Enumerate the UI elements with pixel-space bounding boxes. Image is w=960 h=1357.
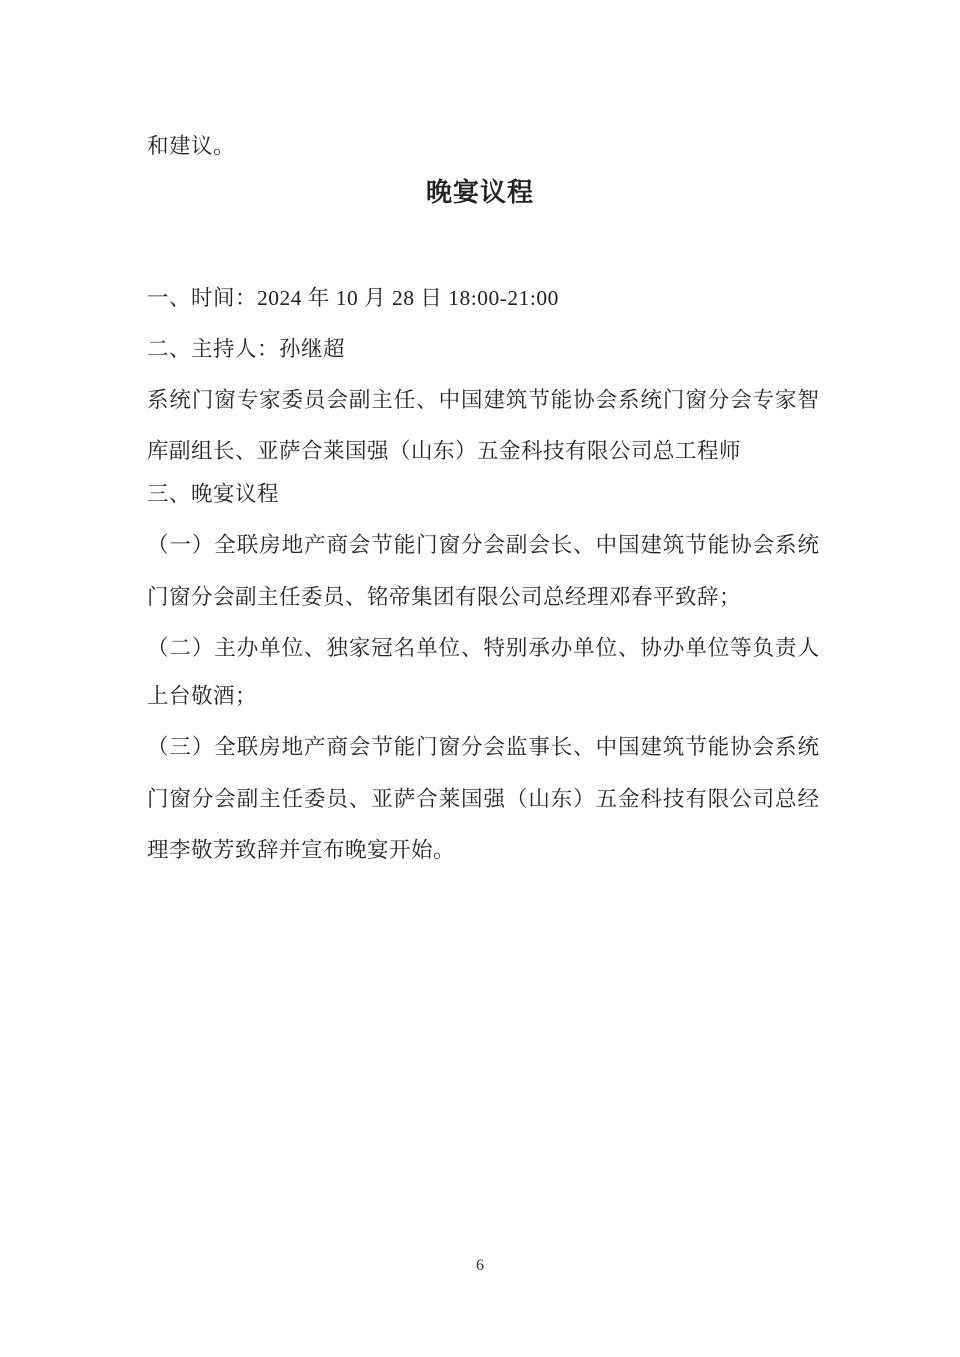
paragraph-continuation-line: 和建议。 — [147, 133, 819, 160]
agenda-item-2-line-1: （二）主办单位、独家冠名单位、特别承办单位、协办单位等负责人 — [147, 635, 819, 662]
agenda-item-1-line-1: （一）全联房地产商会节能门窗分会副会长、中国建筑节能协会系统 — [147, 532, 819, 559]
agenda-host-line: 二、主持人：孙继超 — [147, 336, 819, 363]
agenda-section-title-line: 三、晚宴议程 — [147, 481, 819, 508]
agenda-item-1-line-2: 门窗分会副主任委员、铭帝集团有限公司总经理邓春平致辞； — [147, 584, 819, 611]
section-heading: 晚宴议程 — [0, 178, 960, 208]
page-number: 6 — [0, 1257, 960, 1275]
host-title-line-2: 库副组长、亚萨合莱国强（山东）五金科技有限公司总工程师 — [147, 438, 819, 465]
agenda-item-2-line-2: 上台敬酒； — [147, 683, 819, 710]
document-page: 和建议。 晚宴议程 一、时间：2024 年 10 月 28 日 18:00-21… — [0, 0, 960, 1357]
agenda-time-line: 一、时间：2024 年 10 月 28 日 18:00-21:00 — [147, 285, 819, 312]
agenda-item-3-line-3: 理李敬芳致辞并宣布晚宴开始。 — [147, 837, 819, 864]
agenda-item-3-line-2: 门窗分会副主任委员、亚萨合莱国强（山东）五金科技有限公司总经 — [147, 786, 819, 813]
agenda-item-3-line-1: （三）全联房地产商会节能门窗分会监事长、中国建筑节能协会系统 — [147, 734, 819, 761]
host-title-line-1: 系统门窗专家委员会副主任、中国建筑节能协会系统门窗分会专家智 — [147, 387, 819, 414]
